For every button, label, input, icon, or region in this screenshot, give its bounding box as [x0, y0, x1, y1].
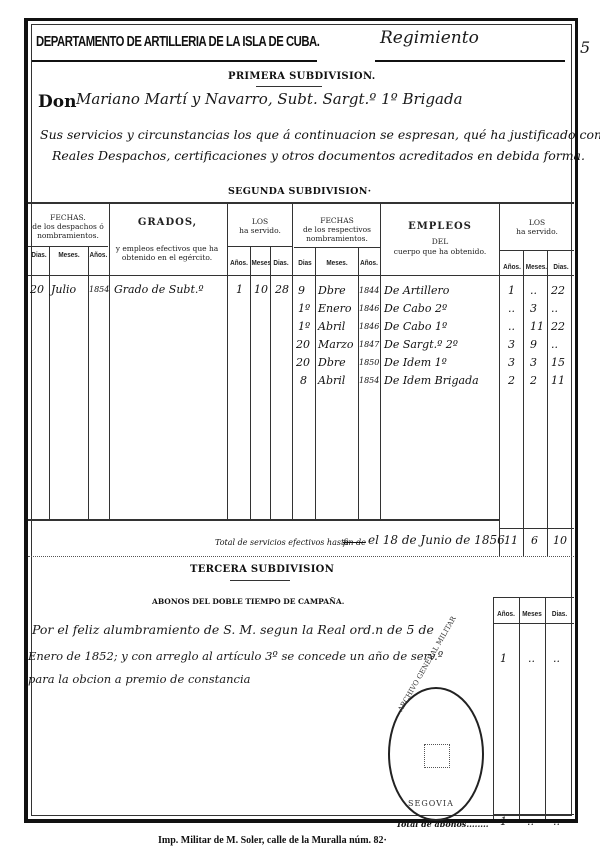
don-label: Don [38, 92, 76, 112]
left-anos: 1 [236, 283, 243, 296]
tercera-title: TERCERA SUBDIVISION [190, 564, 334, 575]
grados-sub: y empleos efectivos que ha obtenido en e… [112, 244, 222, 262]
department-title: DEPARTAMENTO DE ARTILLERIA DE LA ISLA DE… [36, 34, 319, 50]
empleos-sub: cuerpo que ha obtenido. [382, 247, 498, 256]
total-anos: 11 [504, 534, 518, 547]
margin-number: 5 [580, 38, 590, 57]
divider [375, 60, 565, 62]
abonos-dias: .. [553, 652, 560, 665]
left-ano: 1854 [89, 285, 109, 294]
archive-stamp: ARCHIVO GENERAL MILITAR SEGOVIA [388, 687, 484, 821]
total-struck: fin de [343, 538, 366, 547]
col-meses: Meses. [53, 250, 85, 259]
segunda-title: SEGUNDA SUBDIVISION· [228, 186, 371, 197]
col-r-los-dias: Dias. [550, 262, 572, 271]
abonos-line-2: Enero de 1852; y con arreglo al artículo… [28, 649, 443, 663]
col-los-dias: Dias. [272, 258, 291, 267]
los-sub: ha servido. [239, 226, 281, 235]
col-r-dias: Dias [296, 258, 315, 267]
imprint-footer: Imp. Militar de M. Soler, calle de la Mu… [158, 835, 387, 846]
intro-line-2: Reales Despachos, certificaciones y otro… [52, 148, 585, 163]
unit-handwritten: Regimiento [380, 28, 479, 48]
total-abonos-anos: 1 [500, 815, 507, 828]
los-r-sub: ha servido. [516, 227, 558, 236]
total-dias: 10 [553, 534, 567, 547]
left-mes: Julio [51, 283, 76, 296]
fechas-r-sub: de los respectivos nombramientos. [303, 225, 371, 243]
col-t-anos: Años. [495, 609, 517, 618]
col-r-meses: Meses. [319, 258, 355, 267]
crest-icon [424, 744, 450, 768]
col-anos: Años. [90, 250, 107, 259]
total-abonos-label: Total de abonos........ [396, 819, 489, 829]
left-grado: Grado de Subt.º [114, 283, 204, 296]
divider [230, 580, 290, 581]
col-dias: Dias. [30, 250, 49, 259]
col-los-meses: Meses [252, 258, 269, 267]
left-dias: 28 [275, 283, 289, 296]
abonos-line-1: Por el feliz alumbramiento de S. M. segu… [32, 622, 434, 637]
col-r-los-meses: Meses. [526, 262, 546, 271]
abonos-anos: 1 [500, 652, 507, 665]
empleos-header: EMPLEOS [382, 222, 498, 231]
left-meses: 10 [254, 283, 268, 296]
col-los-anos: Años. [230, 258, 249, 267]
fechas-sub: de los despachos ó nombramientos. [32, 222, 103, 240]
col-r-anos: Años. [360, 258, 379, 267]
officer-name: Mariano Martí y Navarro, Subt. Sargt.º 1… [76, 90, 463, 108]
abonos-header: ABONOS DEL DOBLE TIEMPO DE CAMPAÑA. [152, 597, 344, 606]
fechas-r-header: FECHAS [320, 216, 354, 225]
total-servicios-label: Total de servicios efectivos hasta [215, 538, 349, 547]
total-abonos-dias: .. [553, 815, 560, 828]
los-r-header: LOS [529, 218, 545, 227]
los-header: LOS [252, 217, 268, 226]
total-meses: 6 [531, 534, 538, 547]
empleos-del: DEL [382, 237, 498, 246]
fechas-header: FECHAS. [50, 213, 86, 222]
left-dia: 20 [30, 283, 44, 296]
divider [256, 86, 322, 87]
abonos-meses: .. [528, 652, 535, 665]
col-r-los-anos: Años. [502, 262, 522, 271]
intro-line-1: Sus servicios y circunstancias los que á… [40, 127, 600, 142]
total-date: el 18 de Junio de 1856 [368, 533, 505, 547]
total-abonos-meses: .. [527, 815, 534, 828]
grados-header: GRADOS, [110, 218, 225, 227]
divider [32, 60, 317, 62]
primera-title: PRIMERA SUBDIVISION. [228, 71, 376, 82]
col-t-dias: Dias. [547, 609, 572, 618]
col-t-meses: Meses [521, 609, 543, 618]
abonos-line-3: para la obcion a premio de constancia [28, 672, 251, 686]
